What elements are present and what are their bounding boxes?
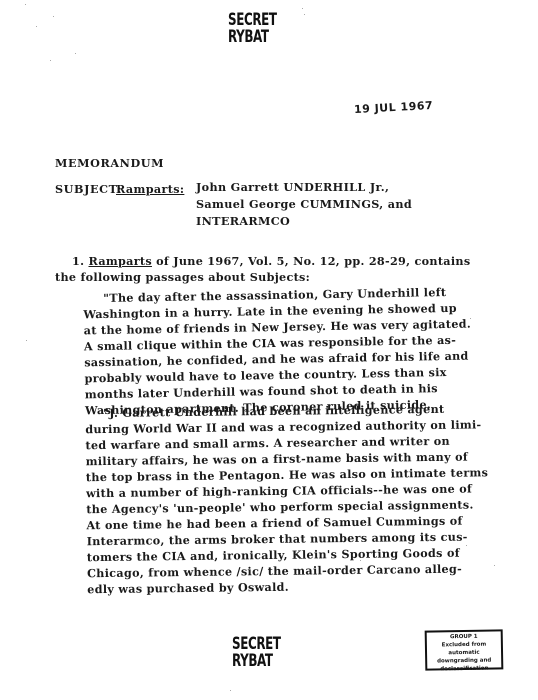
paragraph-text: of June 1967, Vol. 5, No. 12, pp. 28-29,… <box>152 254 470 268</box>
declassification-box: GROUP 1 Excluded from automatic downgrad… <box>425 629 504 670</box>
scan-speck <box>25 4 26 5</box>
subject-label: SUBJECT: <box>55 182 122 196</box>
subject-line: John Garrett UNDERHILL Jr., <box>196 180 389 194</box>
classification-stamp-bottom: SECRET RYBAT <box>232 636 281 670</box>
paragraph-ref: Ramparts <box>88 254 151 268</box>
scan-speck <box>26 340 27 341</box>
stamp-rybat: RYBAT <box>232 653 281 670</box>
scan-speck <box>230 690 231 691</box>
subject-ref: Ramparts: <box>116 182 184 196</box>
stamp-rybat: RYBAT <box>228 29 277 46</box>
date-stamp: 19 JUL 1967 <box>354 99 434 116</box>
subject-line: INTERARMCO <box>196 214 290 228</box>
classification-stamp-top: SECRET RYBAT <box>228 12 277 46</box>
paragraph-number: 1. <box>72 254 84 268</box>
paragraph-text: the following passages about Subjects: <box>55 269 470 285</box>
paragraph-1: 1. Ramparts of June 1967, Vol. 5, No. 12… <box>55 253 470 285</box>
scan-speck <box>36 26 37 27</box>
scan-speck <box>360 560 361 561</box>
declass-line: declassification <box>427 664 501 673</box>
scan-speck <box>53 16 54 17</box>
scan-speck <box>470 318 471 319</box>
scan-speck <box>304 14 305 15</box>
subject-line: Samuel George CUMMINGS, and <box>196 197 412 211</box>
quote-2: "J. Garrett Underhill had been an intell… <box>103 400 490 597</box>
declass-line: Excluded from automatic <box>427 640 501 657</box>
scan-speck <box>75 53 76 54</box>
scan-speck <box>466 545 467 546</box>
scan-speck <box>302 8 303 9</box>
scan-speck <box>494 565 495 566</box>
scan-speck <box>50 60 51 61</box>
memo-title: MEMORANDUM <box>55 156 164 170</box>
quote-1: "The day after the assassination, Gary U… <box>103 284 473 418</box>
